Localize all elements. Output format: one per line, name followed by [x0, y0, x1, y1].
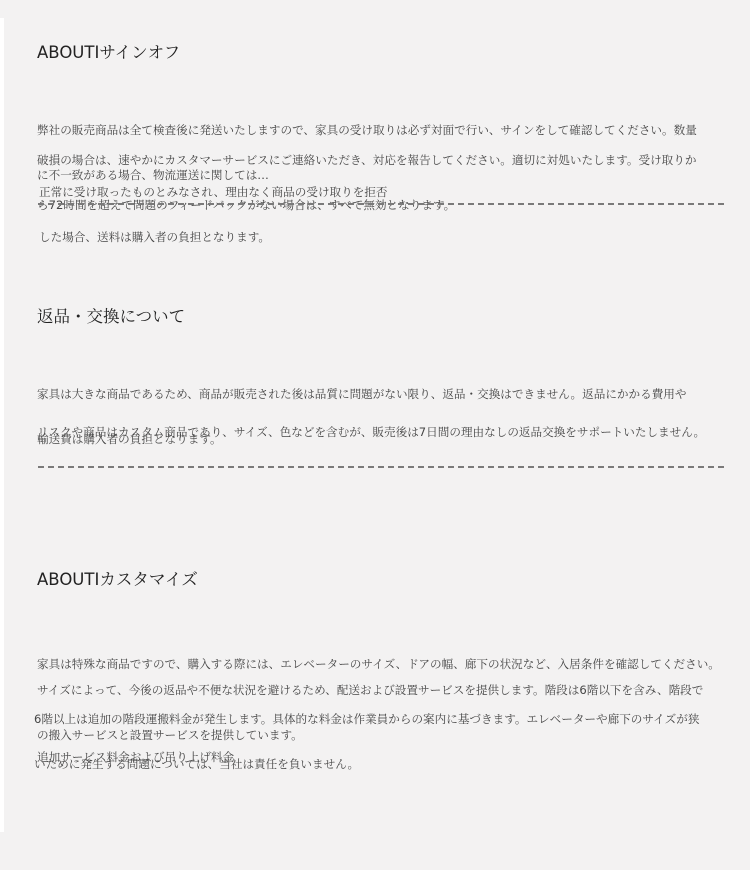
text-line: 追加サービス料金および吊り上げ料金: [37, 750, 234, 765]
text-line: リスクや商品はカスタム商品であり、サイズ、色などを含むが、販売後は7日間の理由な…: [37, 425, 705, 440]
dashed-divider: [38, 466, 724, 468]
section-heading-returns: 返品・交換について: [37, 303, 185, 327]
section-heading-customize: ABOUTIカスタマイズ: [37, 566, 198, 590]
dashed-divider: [38, 203, 724, 205]
returns-paragraph-2: リスクや商品はカスタム商品であり、サイズ、色などを含むが、販売後は7日間の理由な…: [37, 395, 705, 470]
customize-paragraph-4: 追加サービス料金および吊り上げ料金: [37, 720, 234, 795]
left-edge-strip: [0, 18, 4, 832]
section-heading-signoff: ABOUTIサインオフ: [37, 39, 180, 63]
signoff-paragraph-3: 正常に受け取ったものとみなされ、理由なく商品の受け取りを拒否 した場合、送料は購…: [39, 155, 388, 275]
text-line: した場合、送料は購入者の負担となります。: [39, 230, 388, 245]
text-line: 正常に受け取ったものとみなされ、理由なく商品の受け取りを拒否: [39, 185, 388, 200]
